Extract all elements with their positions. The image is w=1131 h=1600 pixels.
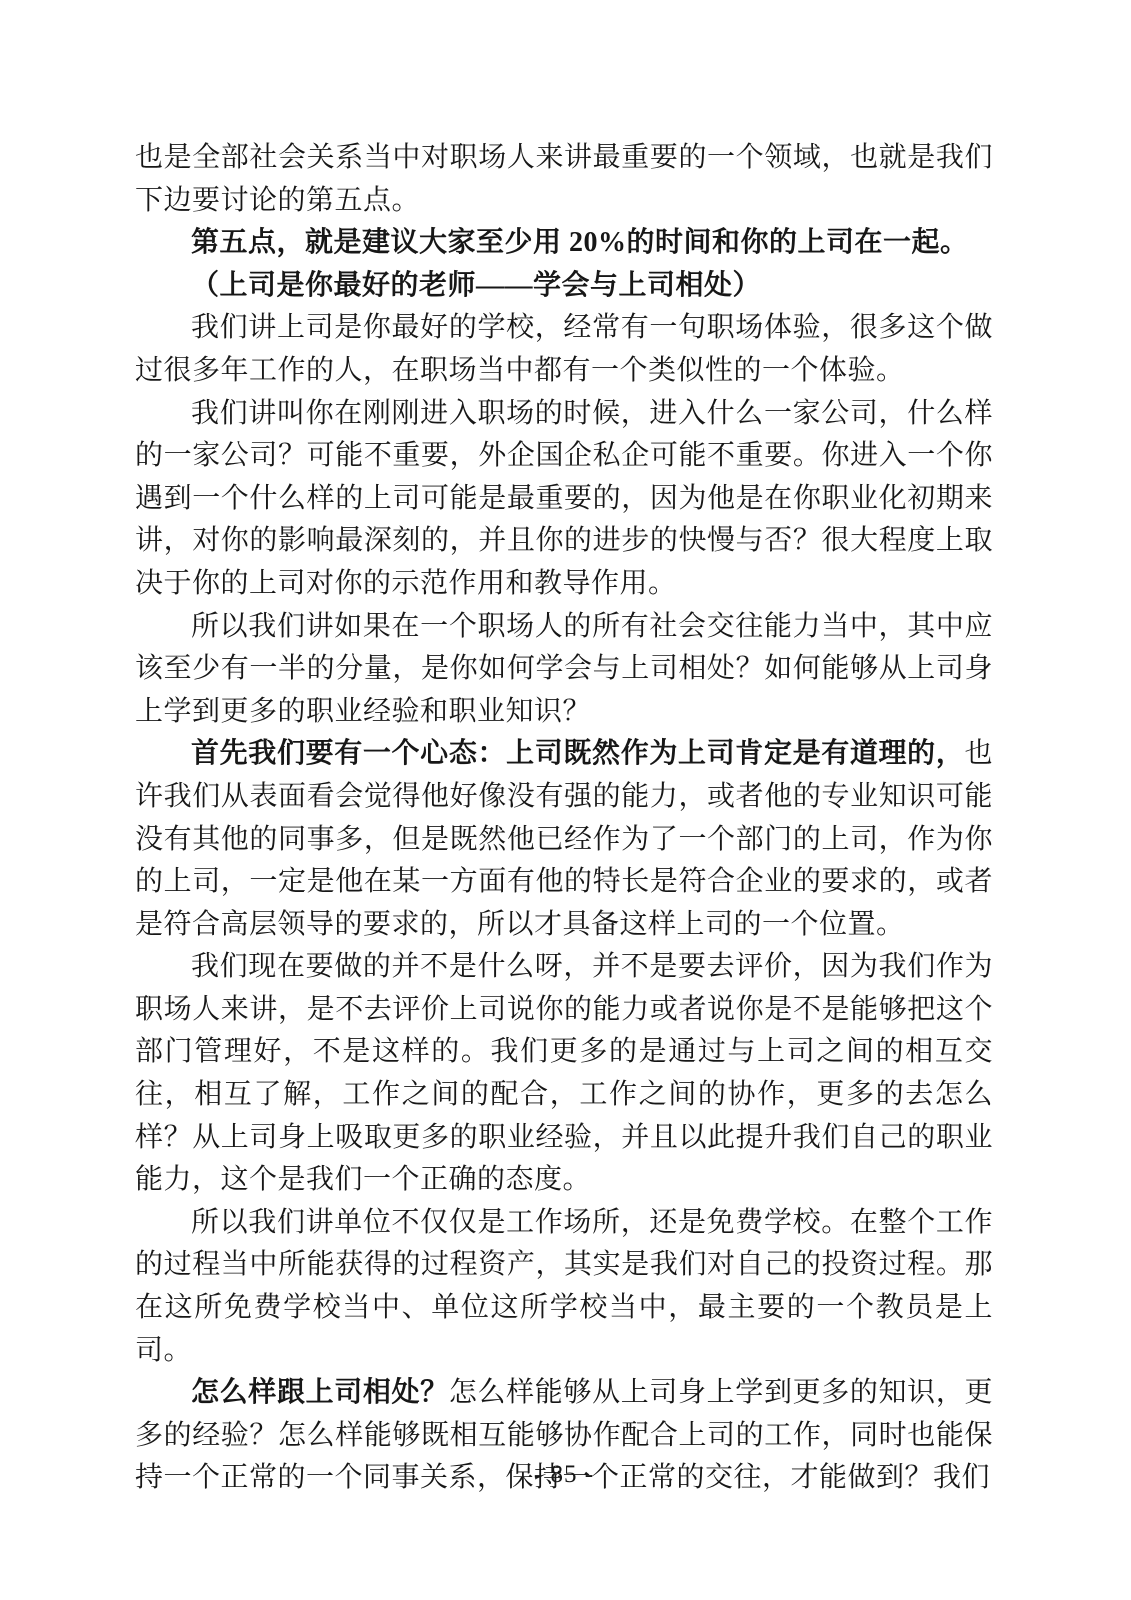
bold-text-segment: （上司是你最好的老师——学会与上司相处）: [191, 270, 761, 301]
text-segment: 我们讲上司是你最好的学校，经常有一句职场体验，很多这个做过很多年工作的人，在职场…: [135, 312, 993, 386]
text-segment: 所以我们讲如果在一个职场人的所有社会交往能力当中，其中应该至少有一半的分量，是你…: [135, 611, 993, 727]
para-first-company: 我们讲叫你在刚刚进入职场的时候，进入什么一家公司，什么样的一家公司？可能不重要，…: [135, 393, 993, 606]
para-social-ability: 所以我们讲如果在一个职场人的所有社会交往能力当中，其中应该至少有一半的分量，是你…: [135, 606, 993, 734]
bold-text-segment: 第五点，就是建议大家至少用 20%的时间和你的上司在一起。: [191, 227, 969, 258]
para-best-school: 我们讲上司是你最好的学校，经常有一句职场体验，很多这个做过很多年工作的人，在职场…: [135, 307, 993, 392]
text-segment: 我们现在要做的并不是什么呀，并不是要去评价，因为我们作为职场人来讲，是不去评价上…: [135, 951, 993, 1195]
text-block: 也是全部社会关系当中对职场人来讲最重要的一个领域，也就是我们下边要讨论的第五点。…: [135, 137, 993, 1500]
para-heading-subtitle: （上司是你最好的老师——学会与上司相处）: [135, 265, 993, 308]
para-continuation: 也是全部社会关系当中对职场人来讲最重要的一个领域，也就是我们下边要讨论的第五点。: [135, 137, 993, 222]
document-page: 也是全部社会关系当中对职场人来讲最重要的一个领域，也就是我们下边要讨论的第五点。…: [0, 0, 1131, 1600]
bold-text-segment: 怎么样跟上司相处？: [191, 1377, 449, 1408]
para-heading-point-five: 第五点，就是建议大家至少用 20%的时间和你的上司在一起。: [135, 222, 993, 265]
text-segment: 我们讲叫你在刚刚进入职场的时候，进入什么一家公司，什么样的一家公司？可能不重要，…: [135, 398, 993, 599]
para-mindset: 首先我们要有一个心态：上司既然作为上司肯定是有道理的，也许我们从表面看会觉得他好…: [135, 733, 993, 946]
para-free-school: 所以我们讲单位不仅仅是工作场所，还是免费学校。在整个工作的过程当中所能获得的过程…: [135, 1202, 993, 1372]
para-not-judging: 我们现在要做的并不是什么呀，并不是要去评价，因为我们作为职场人来讲，是不去评价上…: [135, 946, 993, 1202]
page-number: - 85 -: [135, 1461, 993, 1489]
bold-text-segment: 首先我们要有一个心态：上司既然作为上司肯定是有道理的，: [191, 738, 964, 769]
text-segment: 也是全部社会关系当中对职场人来讲最重要的一个领域，也就是我们下边要讨论的第五点。: [135, 142, 993, 216]
text-segment: 所以我们讲单位不仅仅是工作场所，还是免费学校。在整个工作的过程当中所能获得的过程…: [135, 1207, 993, 1366]
